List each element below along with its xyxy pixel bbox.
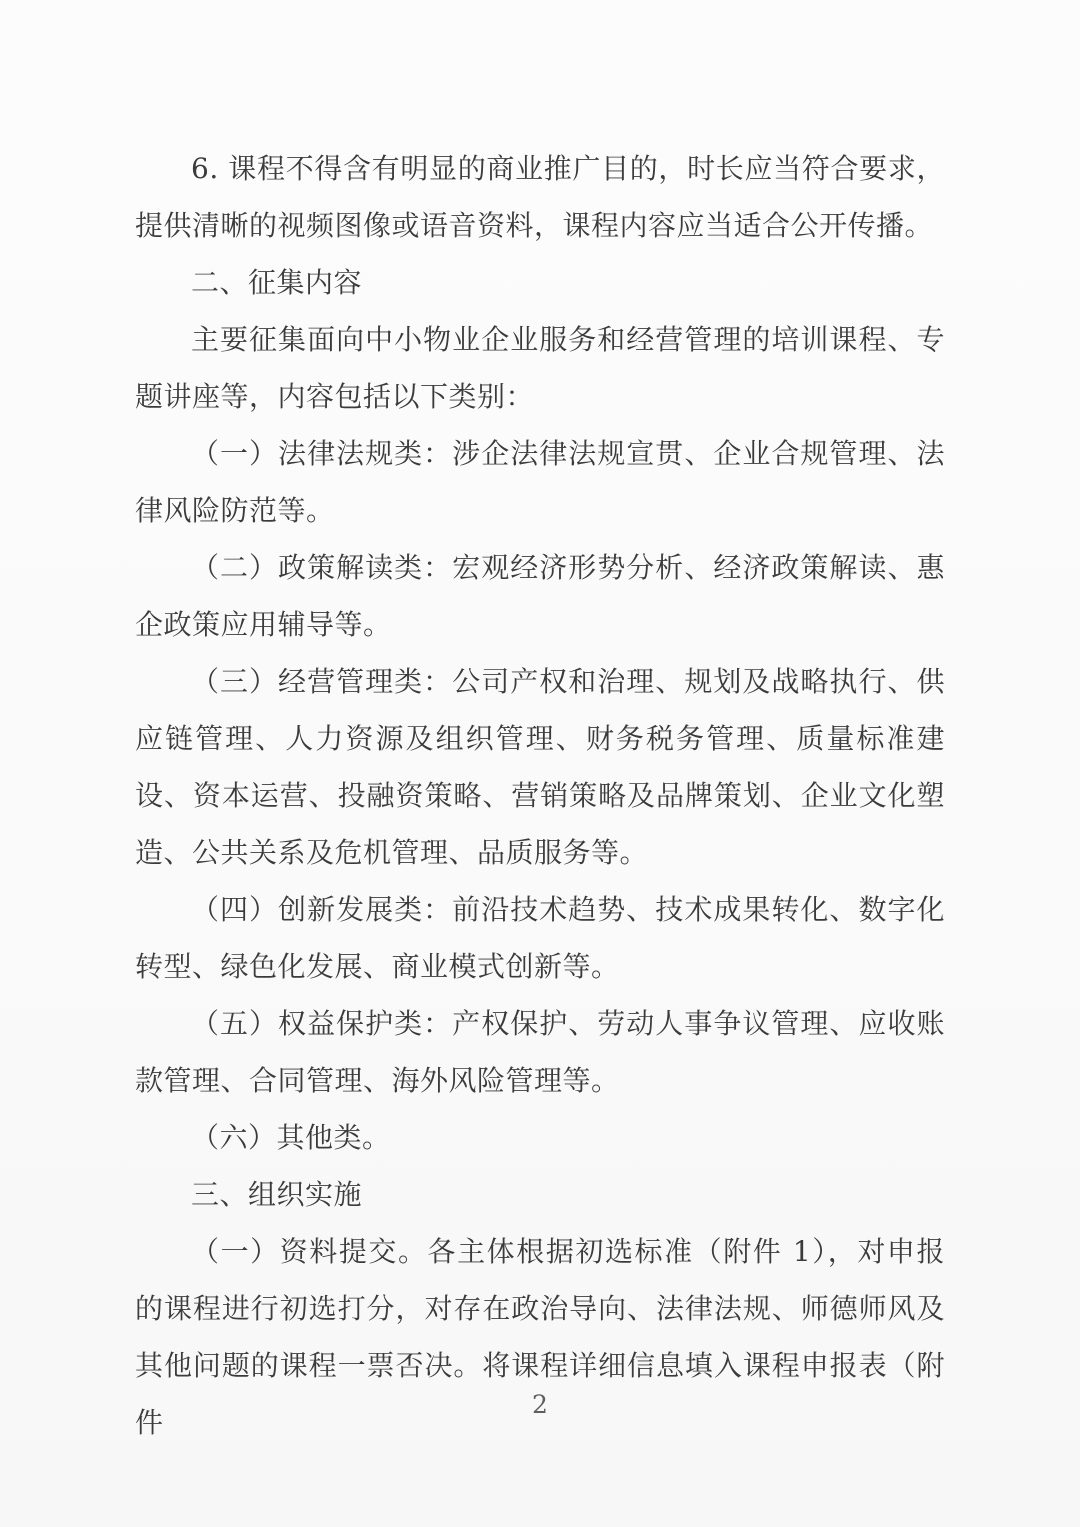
page-footer: 2 [0,1390,1080,1419]
paragraph-item-6: 6. 课程不得含有明显的商业推广目的，时长应当符合要求，提供清晰的视频图像或语音… [135,140,945,254]
document-page: 6. 课程不得含有明显的商业推广目的，时长应当符合要求，提供清晰的视频图像或语音… [0,0,1080,1527]
heading-section-2-collection-content: 二、征集内容 [135,254,945,311]
paragraph-category-1-laws: （一）法律法规类：涉企法律法规宣贯、企业合规管理、法律风险防范等。 [135,425,945,539]
paragraph-category-5-rights: （五）权益保护类：产权保护、劳动人事争议管理、应收账款管理、合同管理、海外风险管… [135,995,945,1109]
paragraph-collection-intro: 主要征集面向中小物业企业服务和经营管理的培训课程、专题讲座等，内容包括以下类别： [135,311,945,425]
paragraph-category-6-others: （六）其他类。 [135,1109,945,1166]
document-body: 6. 课程不得含有明显的商业推广目的，时长应当符合要求，提供清晰的视频图像或语音… [135,140,945,1451]
paragraph-category-2-policy: （二）政策解读类：宏观经济形势分析、经济政策解读、惠企政策应用辅导等。 [135,539,945,653]
heading-section-3-implementation: 三、组织实施 [135,1166,945,1223]
paragraph-category-4-innovation: （四）创新发展类：前沿技术趋势、技术成果转化、数字化转型、绿色化发展、商业模式创… [135,881,945,995]
page-number: 2 [532,1390,548,1419]
paragraph-category-3-management: （三）经营管理类：公司产权和治理、规划及战略执行、供应链管理、人力资源及组织管理… [135,653,945,881]
